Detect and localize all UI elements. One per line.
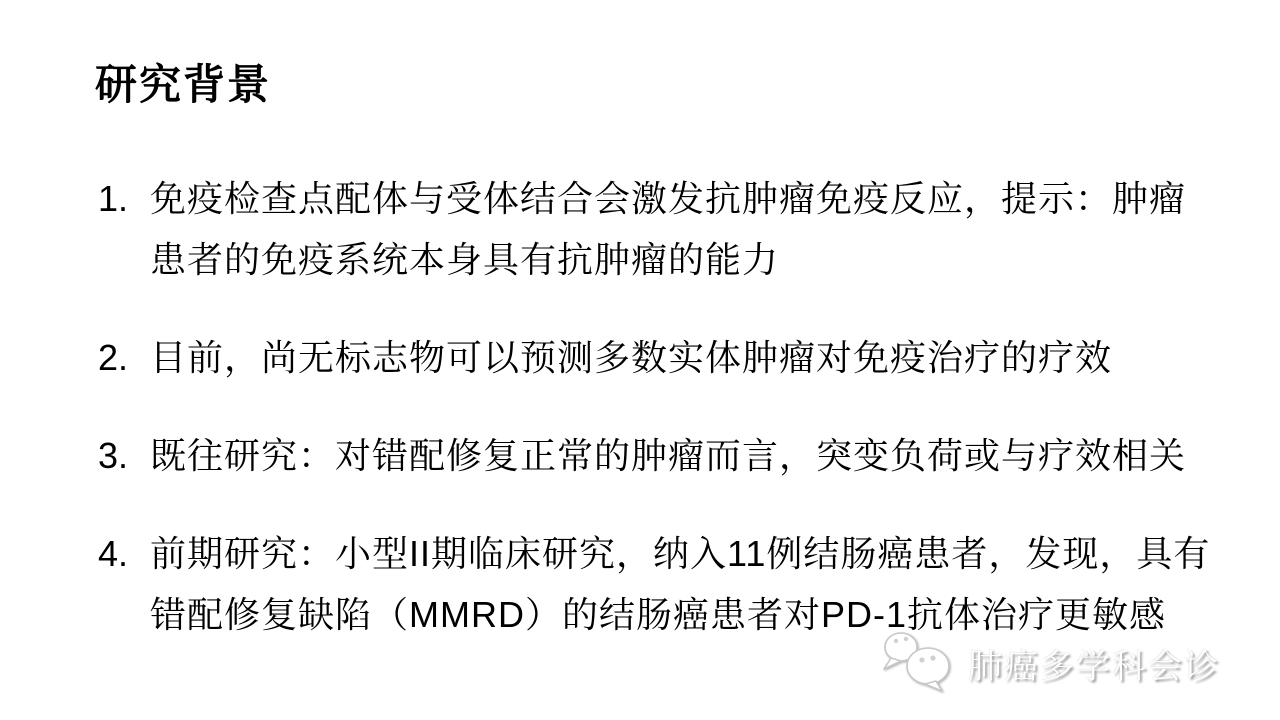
list-item-1-text: 免疫检查点配体与受体结合会激发抗肿瘤免疫反应，提示：肿瘤 患者的免疫系统本身具有… — [150, 168, 1250, 290]
list-item-2: 2. 目前，尚无标志物可以预测多数实体肿瘤对免疫治疗的疗效 — [98, 327, 1250, 388]
list-item-4-number: 4. — [98, 523, 150, 584]
points-list: 1. 免疫检查点配体与受体结合会激发抗肿瘤免疫反应，提示：肿瘤 患者的免疫系统本… — [98, 168, 1250, 682]
list-item-1: 1. 免疫检查点配体与受体结合会激发抗肿瘤免疫反应，提示：肿瘤 患者的免疫系统本… — [98, 168, 1250, 290]
watermark-label: 肺癌多学科会诊 — [968, 639, 1220, 688]
list-item-2-text: 目前，尚无标志物可以预测多数实体肿瘤对免疫治疗的疗效 — [150, 327, 1250, 388]
text-line: 前期研究：小型II期临床研究，纳入11例结肠癌患者，发现，具有 — [150, 523, 1250, 584]
text-line: 目前，尚无标志物可以预测多数实体肿瘤对免疫治疗的疗效 — [150, 327, 1250, 388]
text-line: 免疫检查点配体与受体结合会激发抗肿瘤免疫反应，提示：肿瘤 — [150, 168, 1250, 229]
list-item-1-number: 1. — [98, 168, 150, 229]
list-item-3: 3. 既往研究：对错配修复正常的肿瘤而言，突变负荷或与疗效相关 — [98, 425, 1250, 486]
list-item-3-text: 既往研究：对错配修复正常的肿瘤而言，突变负荷或与疗效相关 — [150, 425, 1250, 486]
wechat-icon — [878, 629, 958, 698]
slide: 研究背景 1. 免疫检查点配体与受体结合会激发抗肿瘤免疫反应，提示：肿瘤 患者的… — [0, 0, 1280, 720]
list-item-3-number: 3. — [98, 425, 150, 486]
page-title: 研究背景 — [95, 52, 271, 112]
list-item-4-text: 前期研究：小型II期临床研究，纳入11例结肠癌患者，发现，具有 错配修复缺陷（M… — [150, 523, 1250, 645]
text-line: 既往研究：对错配修复正常的肿瘤而言，突变负荷或与疗效相关 — [150, 425, 1250, 486]
text-line: 患者的免疫系统本身具有抗肿瘤的能力 — [150, 229, 1250, 290]
watermark: 肺癌多学科会诊 — [878, 629, 1220, 698]
list-item-2-number: 2. — [98, 327, 150, 388]
list-item-4: 4. 前期研究：小型II期临床研究，纳入11例结肠癌患者，发现，具有 错配修复缺… — [98, 523, 1250, 645]
